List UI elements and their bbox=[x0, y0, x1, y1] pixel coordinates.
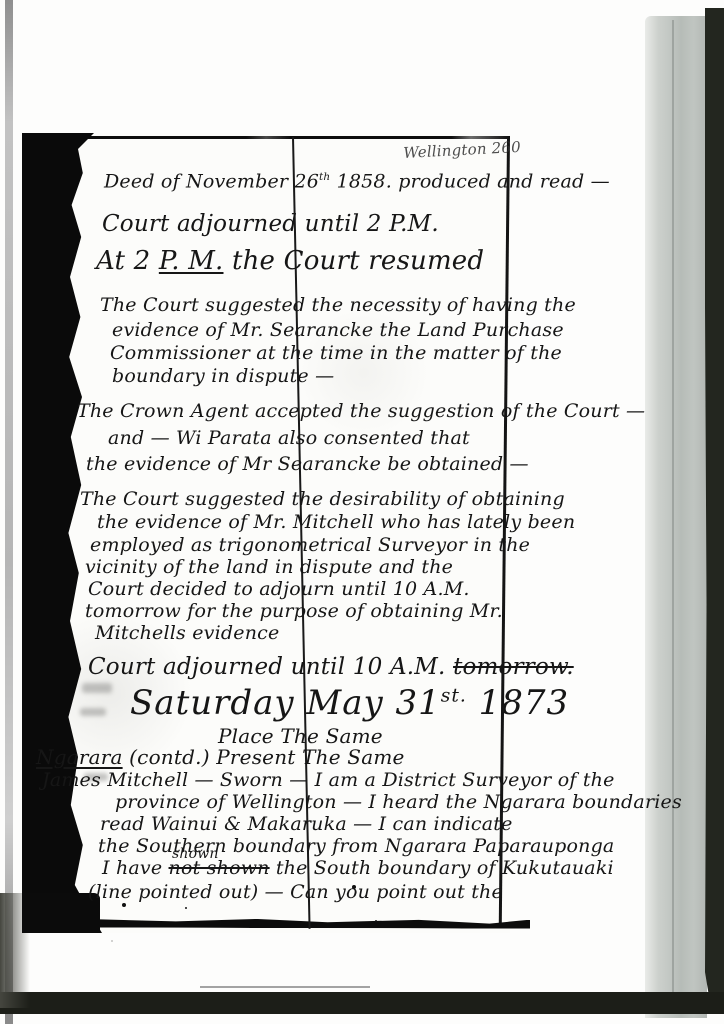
mitchell-paragraph-line: the evidence of Mr. Mitchell who has lat… bbox=[97, 513, 575, 533]
crown-agent-paragraph-line: The Crown Agent accepted the suggestion … bbox=[77, 402, 645, 422]
ink-specks bbox=[122, 903, 126, 907]
page-left-black-margin bbox=[22, 133, 102, 933]
mitchell-paragraph-line: employed as trigonometrical Surveyor in … bbox=[90, 536, 530, 556]
court-resumed-line: At 2 P. M. the Court resumed bbox=[96, 248, 484, 275]
court-adjourned-2pm-line: Court adjourned until 2 P.M. bbox=[102, 212, 439, 236]
scanner-left-edge-strip bbox=[5, 0, 13, 1024]
page-top-border-line bbox=[22, 136, 510, 139]
scanned-court-minute-page: { "page": { "annotation": "Wellington 26… bbox=[0, 0, 724, 1024]
testimony-closing-line: (line pointed out) — Can you point out t… bbox=[88, 883, 503, 903]
bleed-through-mark bbox=[80, 708, 106, 716]
mitchell-paragraph-line: tomorrow for the purpose of obtaining Mr… bbox=[85, 602, 503, 622]
mitchell-paragraph-line: The Court suggested the desirability of … bbox=[80, 490, 565, 510]
testimony-line: James Mitchell — Sworn — I am a District… bbox=[42, 771, 615, 791]
page-fold-shadow bbox=[645, 16, 707, 1018]
deed-produced-line: Deed of November 26th 1858. produced and… bbox=[104, 172, 610, 192]
faint-micro-print-line bbox=[200, 986, 370, 988]
searancke-paragraph-line: Commissioner at the time in the matter o… bbox=[110, 344, 562, 364]
searancke-paragraph-line: evidence of Mr. Searancke the Land Purch… bbox=[112, 321, 564, 341]
scanner-bottom-black-bar bbox=[0, 992, 724, 1014]
testimony-amended-line: I have not shown the South boundary of K… bbox=[102, 859, 614, 879]
testimony-line: read Wainui & Makaruka — I can indicate bbox=[100, 815, 513, 835]
searancke-paragraph-line: boundary in dispute — bbox=[112, 367, 334, 387]
searancke-paragraph-line: The Court suggested the necessity of hav… bbox=[100, 296, 576, 316]
date-heading: Saturday May 31st. 1873 bbox=[130, 686, 569, 722]
mitchell-paragraph-line: vicinity of the land in dispute and the bbox=[85, 558, 453, 578]
crown-agent-paragraph-line: and — Wi Parata also consented that bbox=[108, 429, 470, 449]
place-line: Place The Same bbox=[218, 726, 383, 747]
mitchell-paragraph-line: Mitchells evidence bbox=[95, 624, 279, 644]
bleed-through-mark bbox=[82, 683, 112, 693]
court-adjourned-10am-line: Court adjourned until 10 A.M. tomorrow. bbox=[88, 655, 574, 679]
mitchell-paragraph-line: Court decided to adjourn until 10 A.M. bbox=[88, 580, 470, 600]
case-title-line: Ngarara (contd.) Present The Same bbox=[36, 747, 405, 768]
crown-agent-paragraph-line: the evidence of Mr Searancke be obtained… bbox=[86, 455, 529, 475]
page-fold-crease-line bbox=[672, 20, 674, 1010]
scanner-right-black-strip bbox=[705, 8, 724, 1002]
testimony-line: province of Wellington — I heard the Nga… bbox=[115, 793, 682, 813]
